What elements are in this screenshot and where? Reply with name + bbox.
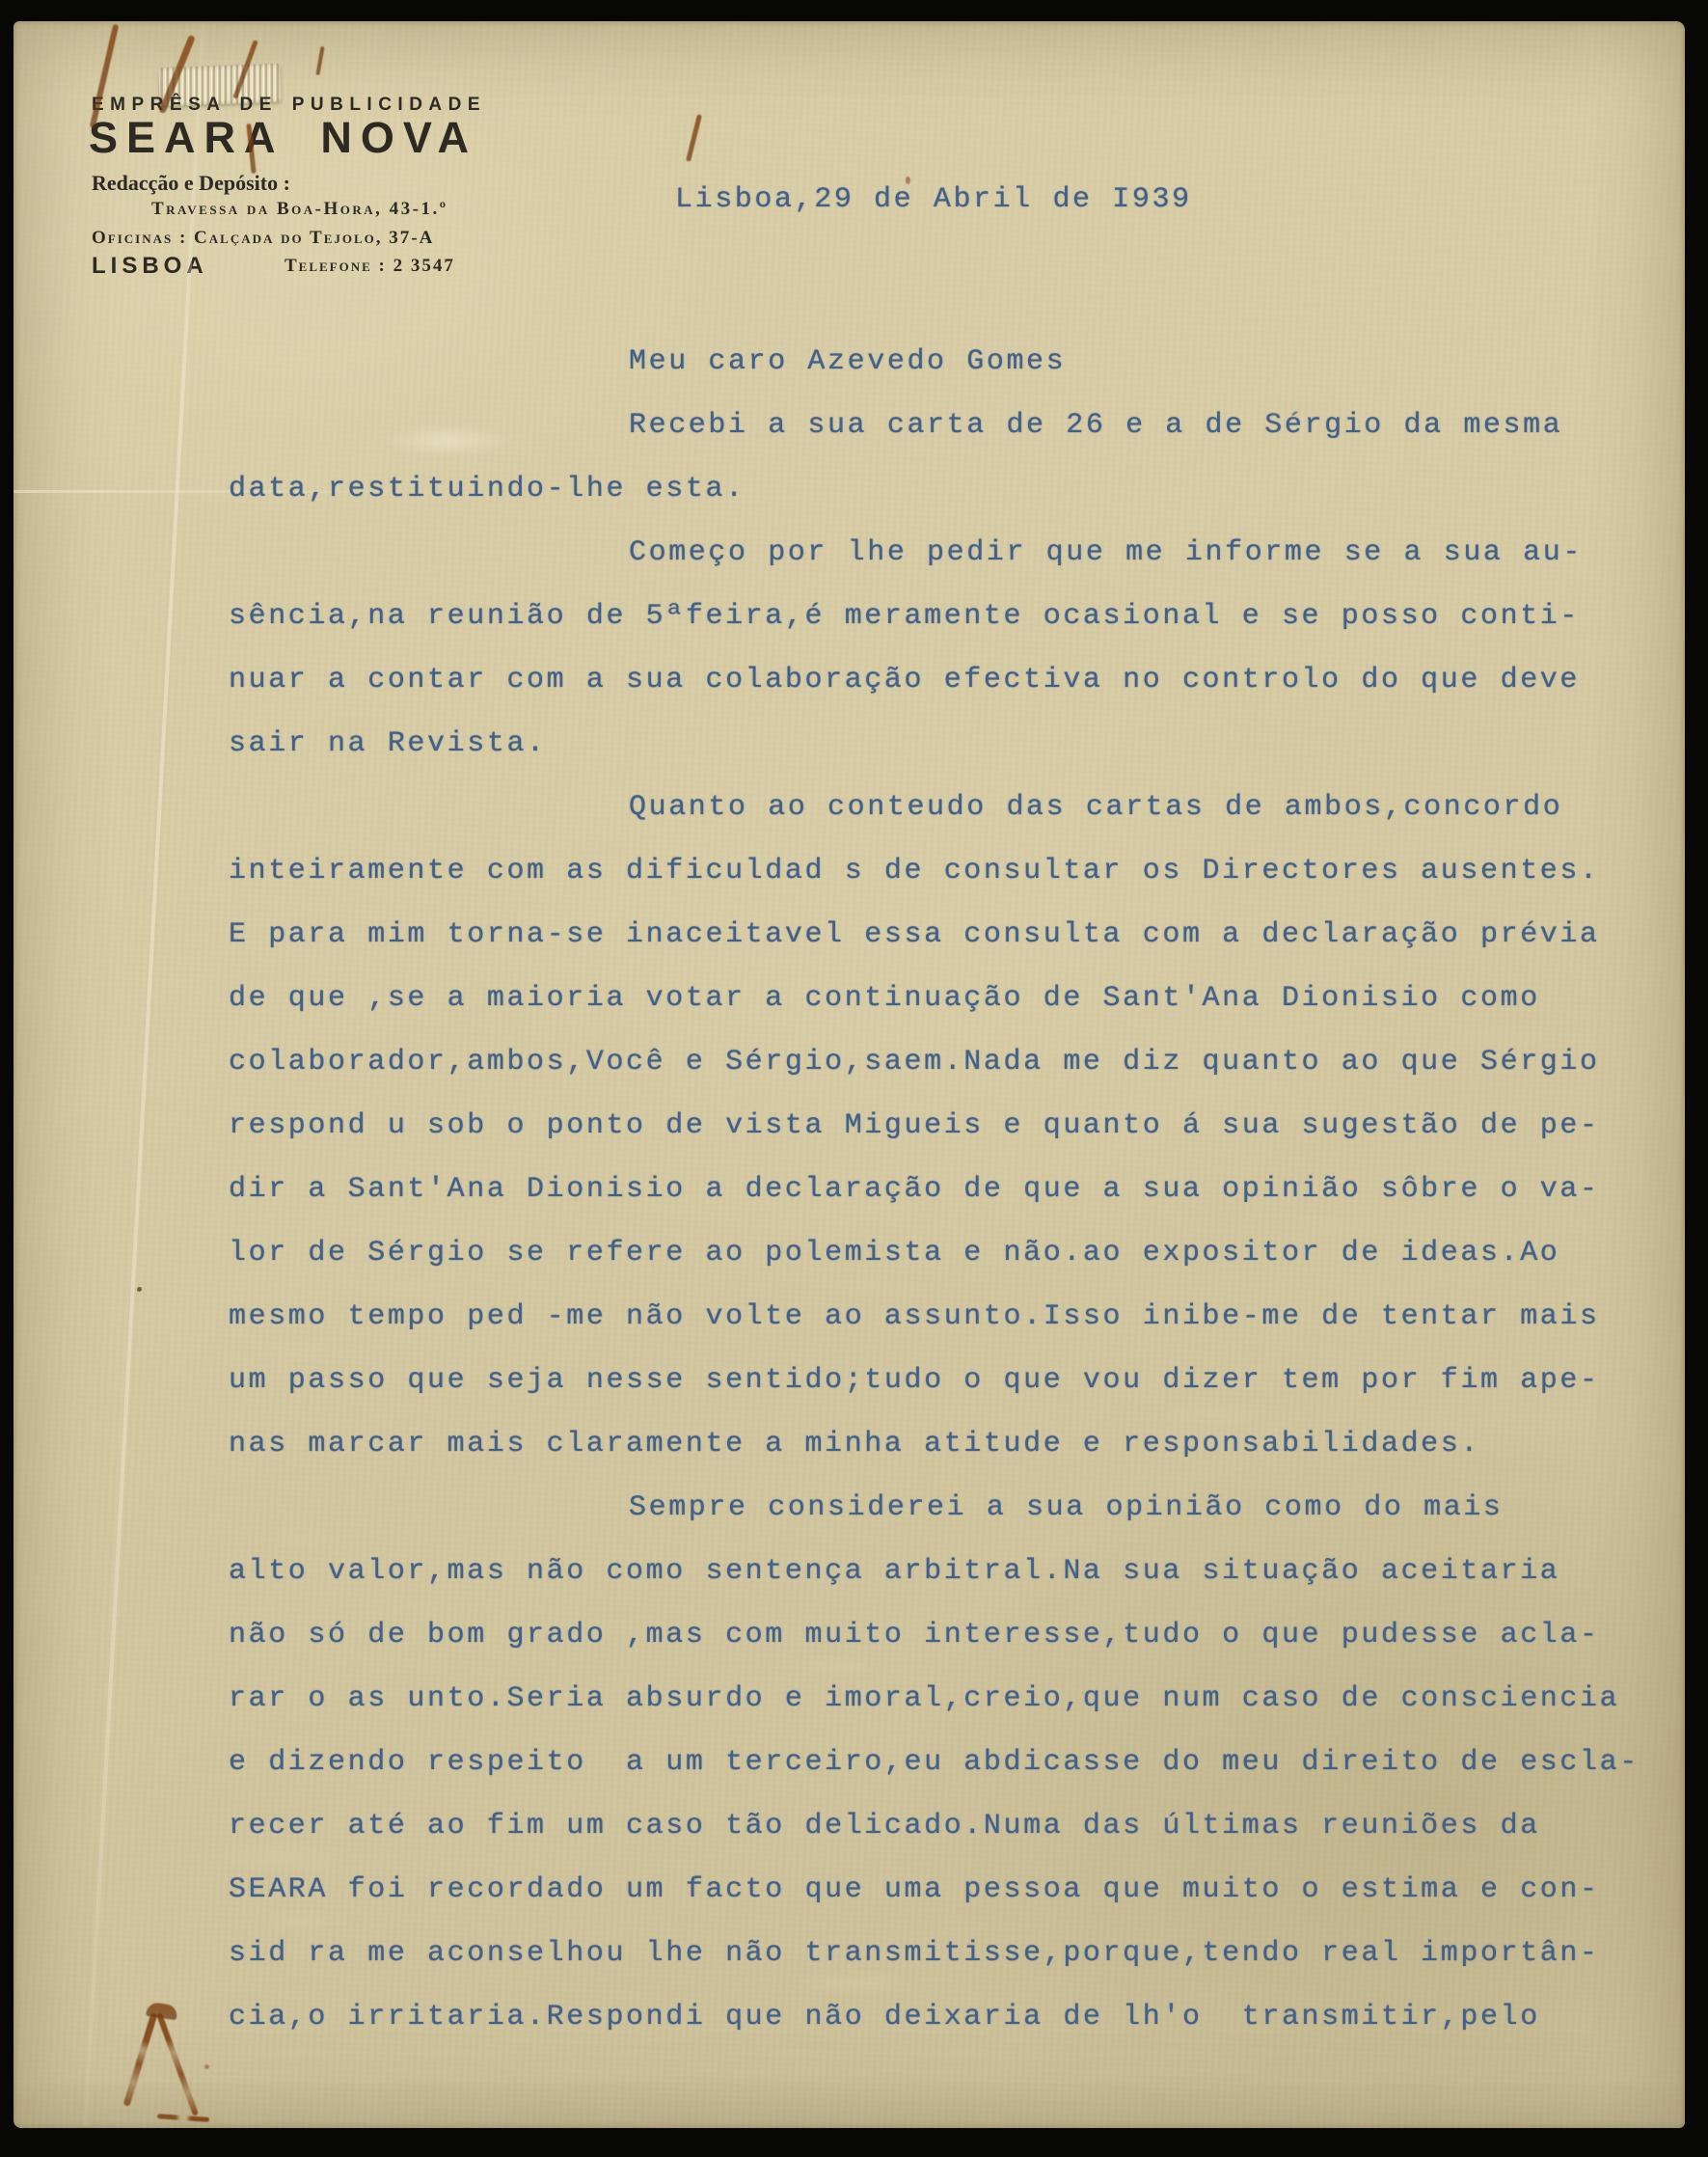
letter-paper: EMPRÊSA DE PUBLICIDADE SEARA NOVA Redacç… bbox=[14, 21, 1685, 2128]
letter-body: Meu caro Azevedo Gomes Recebi a sua cart… bbox=[229, 330, 1666, 2049]
rust-stain-bottom bbox=[123, 2012, 158, 2107]
letter-line: de que ,se a maioria votar a continuação… bbox=[229, 967, 1666, 1030]
date-line: Lisboa,29 de Abril de I939 bbox=[675, 183, 1192, 216]
letter-line: data,restituindo-lhe esta. bbox=[229, 457, 1666, 521]
letter-line: nas marcar mais claramente a minha atitu… bbox=[229, 1412, 1666, 1476]
letter-line: um passo que seja nesse sentido;tudo o q… bbox=[229, 1349, 1666, 1412]
letterhead-address-line1: Travessa da Boa-Hora, 43-1.º bbox=[151, 199, 447, 220]
rust-stain-top bbox=[686, 114, 702, 162]
rust-stain-bottom bbox=[156, 2012, 199, 2116]
letter-line: E para mim torna-se inaceitavel essa con… bbox=[229, 903, 1666, 967]
letter-line: e dizendo respeito a um terceiro,eu abdi… bbox=[229, 1731, 1666, 1794]
rust-speck bbox=[204, 2064, 209, 2069]
letterhead-section-label: Redacção e Depósito : bbox=[92, 171, 290, 196]
letter-line: SEARA foi recordado um facto que uma pes… bbox=[229, 1858, 1666, 1922]
letter-line: dir a Sant'Ana Dionisio a declaração de … bbox=[229, 1158, 1666, 1221]
letterhead-phone: Telefone : 2 3547 bbox=[285, 256, 455, 277]
letter-line: sair na Revista. bbox=[229, 712, 1666, 776]
letter-line: lor de Sérgio se refere ao polemista e n… bbox=[229, 1221, 1666, 1285]
rust-speck bbox=[906, 177, 910, 184]
letterhead-brand: SEARA NOVA bbox=[89, 113, 477, 163]
letter-line: Quanto ao conteudo das cartas de ambos,c… bbox=[229, 776, 1666, 839]
letter-line: inteiramente com as dificuldad s de cons… bbox=[229, 839, 1666, 903]
letter-line: Começo por lhe pedir que me informe se a… bbox=[229, 521, 1666, 585]
salutation-line: Meu caro Azevedo Gomes bbox=[229, 330, 1666, 394]
vertical-fold-crease bbox=[84, 23, 205, 2127]
letterhead-city-row: LISBOA Telefone : 2 3547 bbox=[92, 253, 545, 280]
letterhead-address-line2: Oficinas : Calçada do Tejolo, 37-A bbox=[92, 228, 434, 249]
scan-background: { "letterhead": { "company": "EMPRÊSA DE… bbox=[0, 0, 1708, 2157]
letter-line: respond u sob o ponto de vista Migueis e… bbox=[229, 1094, 1666, 1158]
rust-stain-top bbox=[315, 46, 324, 75]
letter-line: sência,na reunião de 5ªfeira,é meramente… bbox=[229, 585, 1666, 648]
letter-line: sid ra me aconselhou lhe não transmitiss… bbox=[229, 1922, 1666, 1985]
letter-line: cia,o irritaria.Respondi que não deixari… bbox=[229, 1985, 1666, 2049]
letter-line: Sempre considerei a sua opinião como do … bbox=[229, 1476, 1666, 1540]
rust-stain-bottom bbox=[157, 2114, 209, 2122]
letter-line: nuar a contar com a sua colaboração efec… bbox=[229, 648, 1666, 712]
letter-line: não só de bom grado ,mas com muito inter… bbox=[229, 1603, 1666, 1667]
letter-line: Recebi a sua carta de 26 e a de Sérgio d… bbox=[229, 394, 1666, 457]
letter-line: recer até ao fim um caso tão delicado.Nu… bbox=[229, 1794, 1666, 1858]
letter-line: rar o as unto.Seria absurdo e imoral,cre… bbox=[229, 1667, 1666, 1731]
letter-line: colaborador,ambos,Você e Sérgio,saem.Nad… bbox=[229, 1030, 1666, 1094]
letter-line: mesmo tempo ped -me não volte ao assunto… bbox=[229, 1285, 1666, 1349]
letter-line: alto valor,mas não como sentença arbitra… bbox=[229, 1540, 1666, 1603]
paper-speck bbox=[137, 1287, 142, 1292]
